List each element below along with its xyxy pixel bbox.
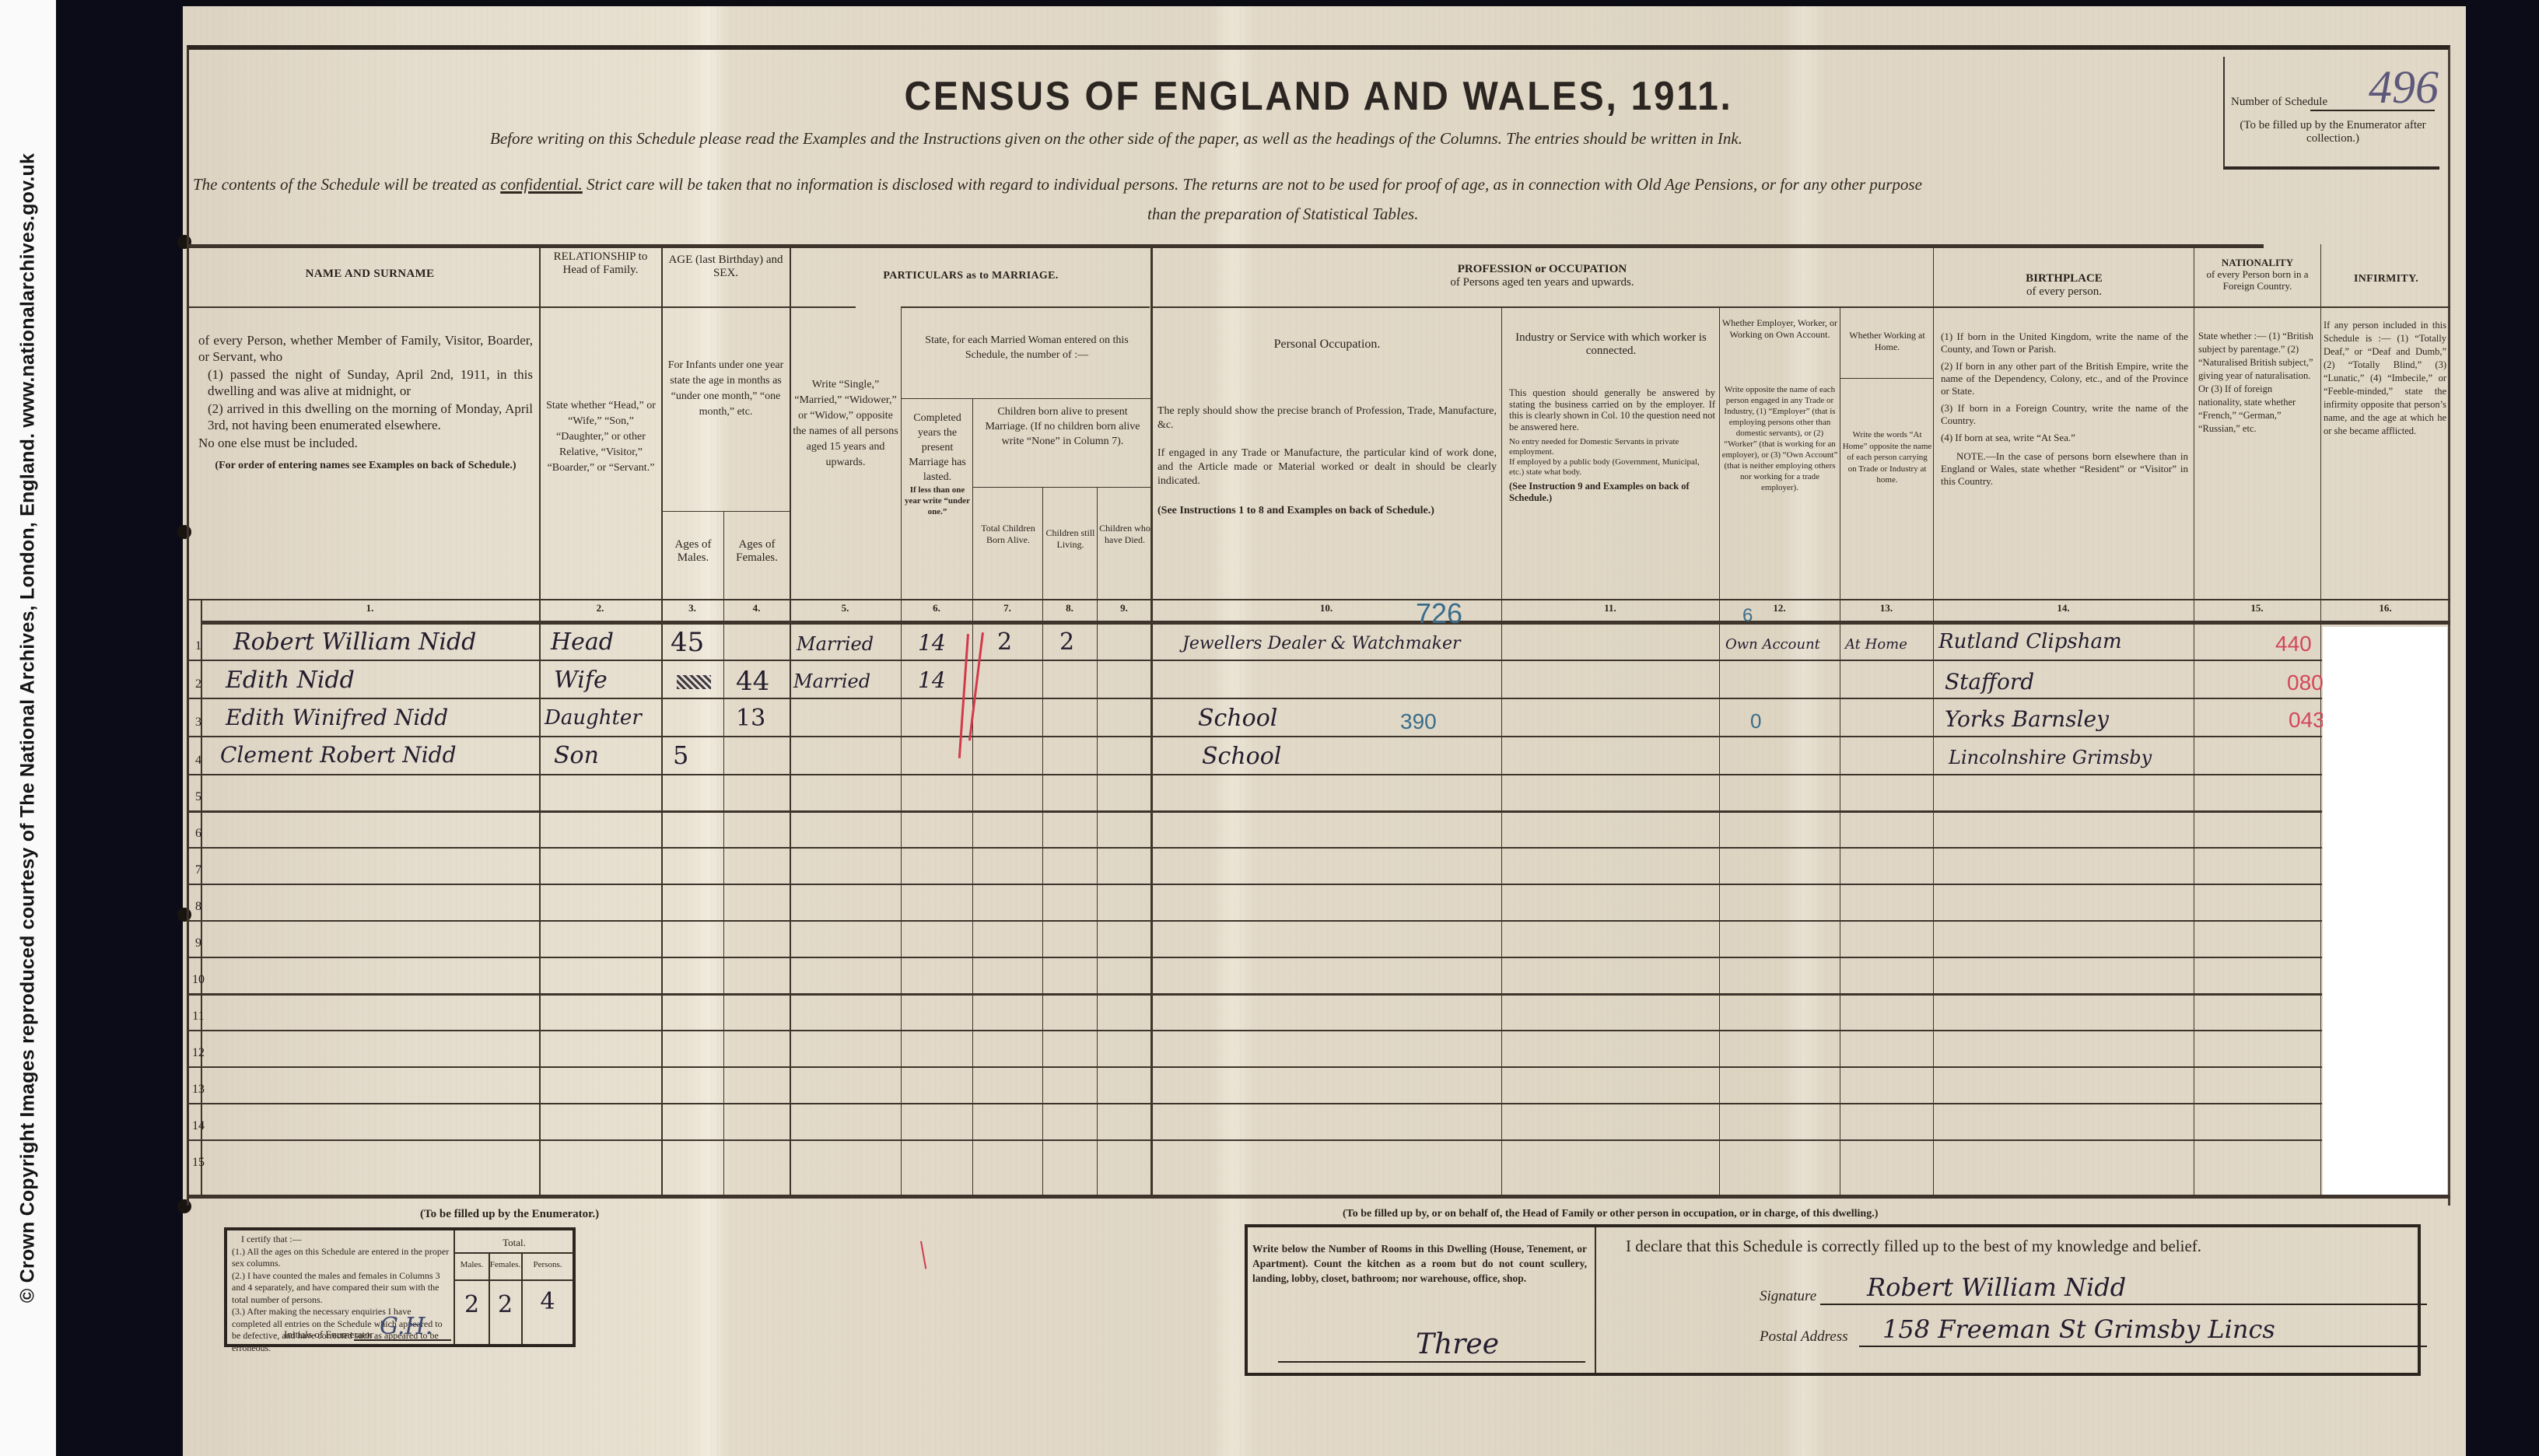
column-number: 3. xyxy=(661,602,723,614)
scan-margin-left xyxy=(56,0,183,1456)
table-top-rule xyxy=(187,244,2264,248)
row-line xyxy=(187,660,2322,661)
header-children-died: Children who have Died. xyxy=(1098,523,1151,546)
header-divider xyxy=(1151,306,2450,308)
header-divider xyxy=(972,487,1151,488)
total-persons[interactable]: 4 xyxy=(522,1288,573,1315)
header-nationality: NATIONALITY of every Person born in a Fo… xyxy=(2195,257,2320,292)
header-industry-body: This question should generally be answer… xyxy=(1509,387,1715,503)
column-number-row-bottom xyxy=(201,621,2450,625)
rooms-divider xyxy=(1595,1227,1596,1373)
total-females[interactable]: 2 xyxy=(489,1291,521,1318)
col-line xyxy=(1501,306,1502,1195)
schedule-number-value[interactable]: 496 xyxy=(2369,61,2439,114)
entry-code[interactable]: 043 xyxy=(2289,708,2325,733)
form-title: CENSUS OF ENGLAND AND WALES, 1911. xyxy=(277,73,2359,120)
row-number: 2 xyxy=(189,677,208,691)
row-number: 1 xyxy=(189,639,208,653)
entry-children-total[interactable]: 2 xyxy=(997,628,1012,656)
row-line xyxy=(187,847,2322,849)
persons-label: Persons. xyxy=(522,1258,573,1271)
entry-relationship[interactable]: Daughter xyxy=(545,706,642,730)
employer-code-annotation: 0 xyxy=(1750,709,1761,733)
males-label: Males. xyxy=(455,1258,489,1271)
header-divider xyxy=(901,398,1151,399)
row-number: 11 xyxy=(189,1010,208,1024)
entry-relationship[interactable]: Head xyxy=(551,628,614,656)
redacted-infirmity-column xyxy=(2323,627,2447,1195)
table-bottom-rule xyxy=(187,1195,2450,1199)
header-personal-occupation-body: The reply should show the precise branch… xyxy=(1157,404,1497,518)
enumerator-caption: (To be filled up by the Enumerator.) xyxy=(420,1208,599,1221)
header-relationship-body: State whether “Head,” or “Wife,” “Son,” … xyxy=(545,398,657,476)
row-number: 15 xyxy=(189,1156,208,1170)
entry-birthplace[interactable]: Rutland Clipsham xyxy=(1938,630,2122,653)
header-age-body: For Infants under one year state the age… xyxy=(663,358,789,420)
header-married-woman: State, for each Married Woman entered on… xyxy=(906,333,1147,362)
row-line xyxy=(187,957,2322,958)
entry-years-married[interactable]: 14 xyxy=(918,667,946,693)
header-marriage: PARTICULARS as to MARRIAGE. xyxy=(791,269,1150,282)
header-occupation: PROFESSION or OCCUPATION of Persons aged… xyxy=(1151,263,1933,289)
entry-children-living[interactable]: 2 xyxy=(1059,628,1074,656)
entry-age-male[interactable]: 5 xyxy=(673,740,688,770)
column-number: 11. xyxy=(1501,602,1719,614)
column-number: 14. xyxy=(1933,602,2194,614)
row-number: 5 xyxy=(189,790,208,804)
entry-condition[interactable]: Married xyxy=(797,633,874,655)
column-number: 13. xyxy=(1840,602,1933,614)
col-line xyxy=(1150,244,1153,1195)
header-infirmity: INFIRMITY. xyxy=(2322,272,2450,285)
header-divider xyxy=(187,306,856,308)
header-divider xyxy=(901,306,1150,308)
header-marriage-condition: Write “Single,” “Married,” “Widower,” or… xyxy=(791,377,900,471)
header-children-living: Children still Living. xyxy=(1044,527,1097,551)
address-line xyxy=(1859,1346,2427,1347)
entry-at-home[interactable]: At Home xyxy=(1845,636,1907,653)
row-number: 4 xyxy=(189,754,208,768)
entry-occupation[interactable]: School xyxy=(1202,743,1281,770)
signature-line xyxy=(1820,1304,2427,1305)
col-line xyxy=(2194,244,2194,1195)
row-line xyxy=(187,736,2322,737)
entry-employer[interactable]: Own Account xyxy=(1725,636,1820,653)
entry-name[interactable]: Clement Robert Nidd xyxy=(220,742,457,768)
row-number: 12 xyxy=(189,1046,208,1060)
occupation-code-annotation: 390 xyxy=(1400,709,1437,734)
header-at-home: Whether Working at Home. xyxy=(1841,330,1933,353)
entry-relationship[interactable]: Son xyxy=(554,742,599,769)
col-line xyxy=(901,306,902,1195)
header-industry: Industry or Service with which worker is… xyxy=(1505,331,1717,358)
row-line xyxy=(187,1066,2322,1068)
header-name: NAME AND SURNAME xyxy=(201,268,539,281)
header-personal-occupation: Personal Occupation. xyxy=(1153,338,1501,351)
row-number: 10 xyxy=(189,973,208,987)
row-number: 6 xyxy=(189,827,208,841)
header-at-home-body: Write the words “At Home” opposite the n… xyxy=(1842,429,1932,486)
signature-label: Signature xyxy=(1760,1288,1816,1305)
row-number: 14 xyxy=(189,1119,208,1133)
totals-label: Total. xyxy=(455,1237,573,1249)
column-number-row-top xyxy=(187,599,2450,600)
row-line xyxy=(187,810,2322,813)
row-number: 8 xyxy=(189,900,208,914)
signature-value[interactable]: Robert William Nidd xyxy=(1867,1272,2126,1302)
column-number: 7. xyxy=(972,602,1042,614)
row-line xyxy=(187,698,2322,699)
header-employer: Whether Employer, Worker, or Working on … xyxy=(1721,317,1839,341)
column-number: 5. xyxy=(790,602,901,614)
header-divider xyxy=(661,511,790,512)
householder-caption: (To be filled up by, or on behalf of, th… xyxy=(1343,1208,1878,1220)
postal-address-value[interactable]: 158 Freeman St Grimsby Lincs xyxy=(1882,1314,2275,1344)
col-line xyxy=(539,244,541,1195)
header-infirmity-body: If any person included in this Schedule … xyxy=(2324,319,2446,438)
confidential-emphasis: confidential. xyxy=(500,175,583,194)
col-line xyxy=(1097,487,1098,1195)
entry-years-married[interactable]: 14 xyxy=(918,630,946,656)
entry-age-male[interactable]: 45 xyxy=(671,627,704,658)
scan-margin-right xyxy=(2466,0,2539,1456)
column-number: 6. xyxy=(901,602,972,614)
employer-code-annotation: 6 xyxy=(1742,605,1753,627)
confidentiality-notice-cont: than the preparation of Statistical Tabl… xyxy=(1147,205,1418,224)
schedule-number-note: (To be filled up by the Enumerator after… xyxy=(2228,119,2438,145)
entry-age-female[interactable]: 13 xyxy=(736,705,765,732)
entry-name[interactable]: Robert William Nidd xyxy=(233,628,476,656)
entry-occupation[interactable]: Jewellers Dealer & Watchmaker xyxy=(1182,634,1461,653)
confidentiality-notice: The contents of the Schedule will be tre… xyxy=(193,175,1922,194)
declaration-text: I declare that this Schedule is correctl… xyxy=(1626,1237,2201,1256)
rooms-value[interactable]: Three xyxy=(1416,1328,1499,1360)
header-age-males: Ages of Males. xyxy=(663,538,723,565)
entry-condition[interactable]: Married xyxy=(793,670,870,692)
entry-name[interactable]: Edith Winifred Nidd xyxy=(226,705,448,730)
column-number: 16. xyxy=(2320,602,2450,614)
entry-code[interactable]: 080 xyxy=(2287,670,2324,695)
col-line xyxy=(1840,306,1840,1195)
column-number: 8. xyxy=(1042,602,1097,614)
header-marriage-children: Children born alive to present Marriage.… xyxy=(976,404,1149,449)
row-line xyxy=(187,774,2322,775)
column-number: 2. xyxy=(539,602,661,614)
entry-name[interactable]: Edith Nidd xyxy=(226,667,355,694)
row-line xyxy=(187,1103,2322,1104)
row-number: 3 xyxy=(189,716,208,730)
total-males[interactable]: 2 xyxy=(455,1291,489,1318)
entry-occupation[interactable]: School xyxy=(1198,705,1277,732)
header-age: AGE (last Birthday) and SEX. xyxy=(663,254,789,280)
column-number: 4. xyxy=(723,602,790,614)
copyright-strip: © Crown Copyright Images reproduced cour… xyxy=(0,0,56,1456)
header-nationality-body: State whether :— (1) “British subject by… xyxy=(2198,330,2317,436)
header-age-females: Ages of Females. xyxy=(724,538,790,565)
header-birthplace: BIRTHPLACE of every person. xyxy=(1935,272,2194,299)
rooms-instruction: Write below the Number of Rooms in this … xyxy=(1252,1241,1587,1286)
row-number: 13 xyxy=(189,1083,208,1097)
row-line xyxy=(187,884,2322,885)
row-line xyxy=(187,993,2322,996)
column-number: 12. xyxy=(1719,602,1840,614)
schedule-number-box: Number of Schedule 496 (To be filled up … xyxy=(2223,57,2439,170)
row-line xyxy=(187,920,2322,922)
header-name-body: of every Person, whether Member of Famil… xyxy=(198,332,533,474)
header-marriage-years: Completed years the present Marriage has… xyxy=(902,411,972,517)
header-employer-body: Write opposite the name of each person e… xyxy=(1721,384,1838,493)
row-line xyxy=(187,1139,2322,1141)
col-line xyxy=(1933,244,1934,1195)
struck-out-age-mark xyxy=(677,675,711,689)
entry-code[interactable]: 440 xyxy=(2275,632,2312,656)
header-children-total: Total Children Born Alive. xyxy=(974,523,1042,546)
totals-divider xyxy=(455,1252,573,1254)
schedule-number-label: Number of Schedule xyxy=(2231,96,2327,109)
col-line xyxy=(1719,306,1720,1195)
entry-relationship[interactable]: Wife xyxy=(554,667,608,694)
intro-instructions: Before writing on this Schedule please r… xyxy=(490,129,1742,149)
postal-address-label: Postal Address xyxy=(1760,1328,1847,1346)
row-number: 9 xyxy=(189,936,208,950)
column-number: 1. xyxy=(201,602,539,614)
col-line xyxy=(1042,487,1043,1195)
header-divider xyxy=(1840,378,1933,379)
females-label: Females. xyxy=(489,1258,521,1271)
header-birthplace-body: (1) If born in the United Kingdom, write… xyxy=(1941,331,2188,488)
column-number: 9. xyxy=(1097,602,1151,614)
row-number: 7 xyxy=(189,863,208,877)
column-number: 15. xyxy=(2194,602,2320,614)
initials-value[interactable]: G.H. xyxy=(380,1313,433,1340)
entry-age-female[interactable]: 44 xyxy=(736,666,769,697)
entry-birthplace[interactable]: Lincolnshire Grimsby xyxy=(1949,747,2152,768)
row-line xyxy=(187,1030,2322,1031)
rooms-line xyxy=(1278,1361,1585,1363)
totals-divider xyxy=(455,1279,573,1281)
occupation-code-annotation: 726 xyxy=(1416,597,1462,630)
col-line xyxy=(972,398,973,1195)
entry-birthplace[interactable]: Stafford xyxy=(1945,669,2034,695)
entry-birthplace[interactable]: Yorks Barnsley xyxy=(1945,706,2109,732)
copyright-notice: © Crown Copyright Images reproduced cour… xyxy=(17,153,40,1303)
header-relationship: RELATIONSHIP to Head of Family. xyxy=(541,250,660,277)
